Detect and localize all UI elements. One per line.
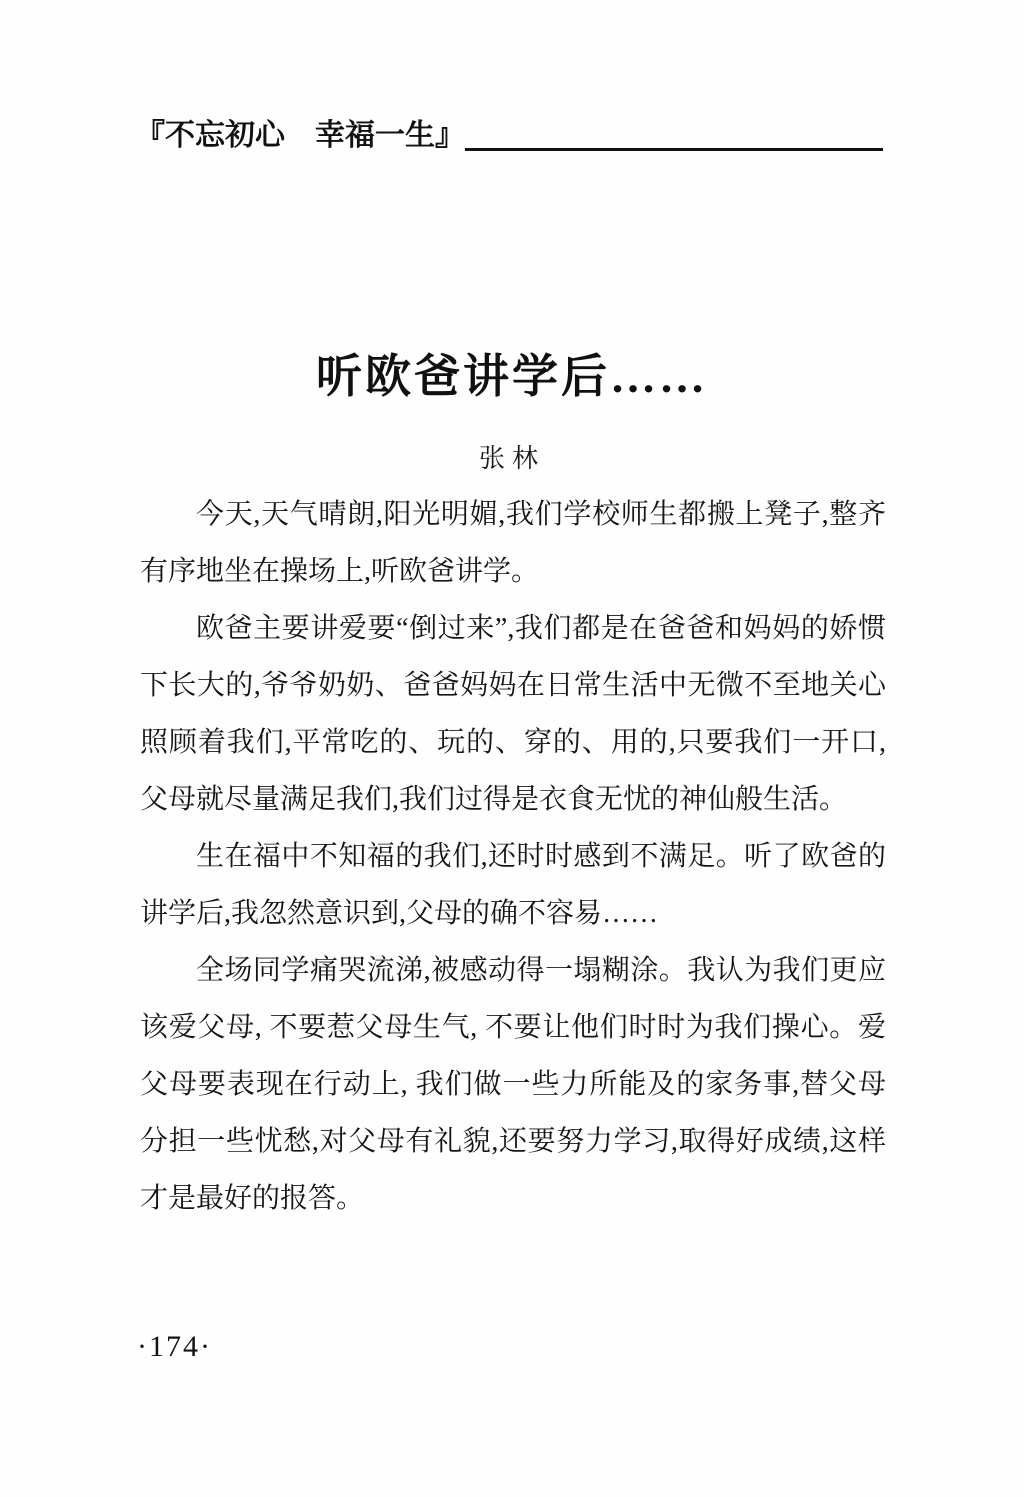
page-number: ·174· xyxy=(137,1330,212,1364)
article-author: 张林 xyxy=(0,438,1024,475)
paragraph-2: 欧爸主要讲爱要“倒过来”,我们都是在爸爸和妈妈的娇惯下长大的,爷爷奶奶、爸爸妈妈… xyxy=(140,600,886,828)
article-body: 今天,天气晴朗,阳光明媚,我们学校师生都搬上凳子,整齐有序地坐在操场上,听欧爸讲… xyxy=(140,486,886,1227)
paragraph-4: 全场同学痛哭流涕,被感动得一塌糊涂。我认为我们更应该爱父母, 不要惹父母生气, … xyxy=(140,942,886,1227)
running-header-title: 『不忘初心 幸福一生』 xyxy=(135,118,465,154)
book-page: 『不忘初心 幸福一生』 听欧爸讲学后…… 张林 今天,天气晴朗,阳光明媚,我们学… xyxy=(0,0,1024,1497)
running-header: 『不忘初心 幸福一生』 xyxy=(135,118,883,154)
article-title: 听欧爸讲学后…… xyxy=(0,340,1024,406)
paragraph-3: 生在福中不知福的我们,还时时感到不满足。听了欧爸的讲学后,我忽然意识到,父母的确… xyxy=(140,828,886,942)
header-underline xyxy=(465,148,883,151)
paragraph-1: 今天,天气晴朗,阳光明媚,我们学校师生都搬上凳子,整齐有序地坐在操场上,听欧爸讲… xyxy=(140,486,886,600)
